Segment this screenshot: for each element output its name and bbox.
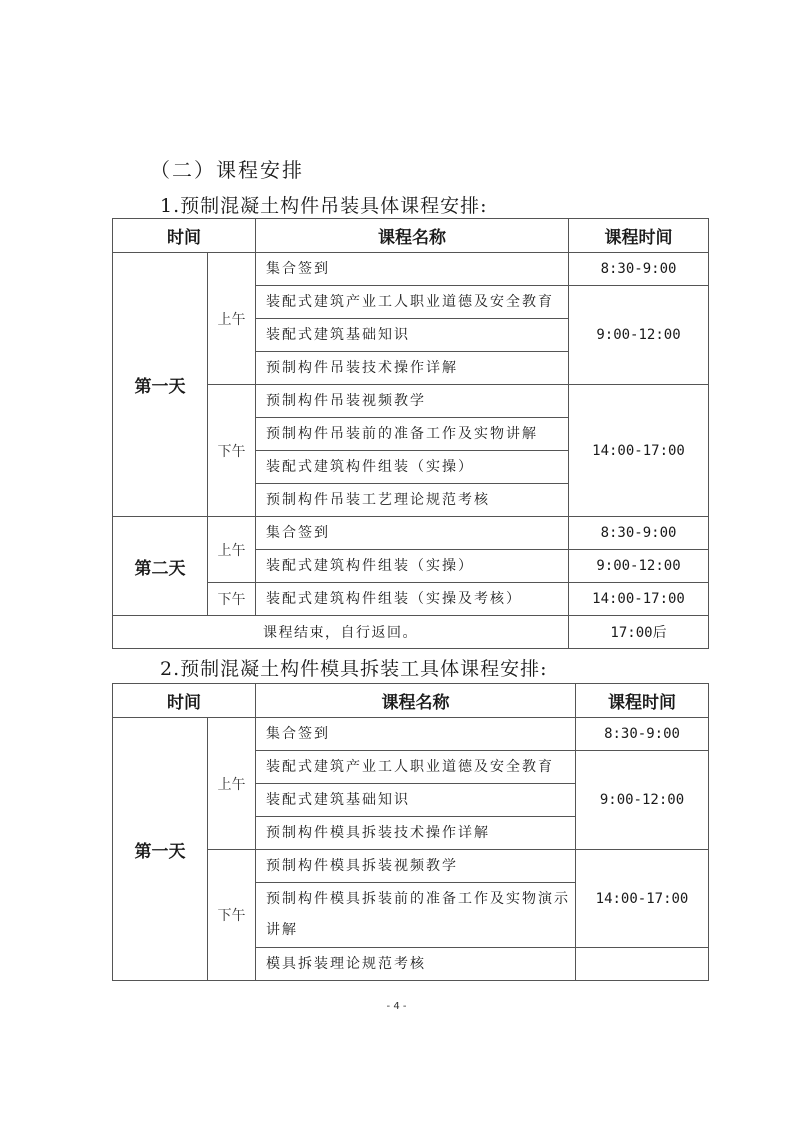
period-label: 上午 [208,253,256,385]
table-row: 第二天 上午 集合签到 8:30-9:00 [113,517,709,550]
period-label: 上午 [208,517,256,583]
end-time-cell: 17:00后 [569,616,709,649]
time-cell: 8:30-9:00 [569,517,709,550]
time-cell: 14:00-17:00 [569,583,709,616]
end-course-cell: 课程结束，自行返回。 [113,616,569,649]
header-course: 课程名称 [256,684,576,718]
period-label: 上午 [208,718,256,850]
time-cell: 9:00-12:00 [569,286,709,385]
period-label: 下午 [208,583,256,616]
course-cell: 装配式建筑构件组装（实操） [256,550,569,583]
header-time: 时间 [113,684,256,718]
course-cell: 装配式建筑构件组装（实操） [256,451,569,484]
course-cell: 装配式建筑构件组装（实操及考核） [256,583,569,616]
period-label: 下午 [208,385,256,517]
course-cell: 装配式建筑基础知识 [256,319,569,352]
course-cell: 集合签到 [256,517,569,550]
table-header-row: 时间 课程名称 课程时间 [113,219,709,253]
course-cell: 装配式建筑基础知识 [256,784,576,817]
table-row-end: 课程结束，自行返回。 17:00后 [113,616,709,649]
table-header-row: 时间 课程名称 课程时间 [113,684,709,718]
table2-title: 2.预制混凝土构件模具拆装工具体课程安排: [160,654,548,681]
course-cell: 预制构件吊装工艺理论规范考核 [256,484,569,517]
time-cell: 9:00-12:00 [569,550,709,583]
time-cell-empty [576,948,709,981]
course-cell: 预制构件吊装视频教学 [256,385,569,418]
table1-title: 1.预制混凝土构件吊装具体课程安排: [160,191,488,218]
course-cell: 集合签到 [256,253,569,286]
table-row: 第一天 上午 集合签到 8:30-9:00 [113,718,709,751]
course-cell: 装配式建筑产业工人职业道德及安全教育 [256,751,576,784]
page-number: - 4 - [0,1001,793,1012]
table-row: 第一天 上午 集合签到 8:30-9:00 [113,253,709,286]
time-cell: 8:30-9:00 [569,253,709,286]
header-time: 时间 [113,219,256,253]
course-cell: 预制构件吊装前的准备工作及实物讲解 [256,418,569,451]
day-label: 第一天 [113,253,208,517]
course-cell: 装配式建筑产业工人职业道德及安全教育 [256,286,569,319]
course-cell: 预制构件吊装技术操作详解 [256,352,569,385]
header-course-time: 课程时间 [576,684,709,718]
course-cell: 模具拆装理论规范考核 [256,948,576,981]
table1-course-schedule: 时间 课程名称 课程时间 第一天 上午 集合签到 8:30-9:00 装配式建筑… [112,218,709,649]
time-cell: 9:00-12:00 [576,751,709,850]
time-cell: 14:00-17:00 [569,385,709,517]
course-cell: 集合签到 [256,718,576,751]
table2-course-schedule: 时间 课程名称 课程时间 第一天 上午 集合签到 8:30-9:00 装配式建筑… [112,683,709,981]
day-label: 第一天 [113,718,208,981]
course-cell: 预制构件模具拆装前的准备工作及实物演示讲解 [256,883,576,948]
header-course: 课程名称 [256,219,569,253]
time-cell: 14:00-17:00 [576,850,709,948]
section-title: （二）课程安排 [150,154,304,183]
time-cell: 8:30-9:00 [576,718,709,751]
day-label: 第二天 [113,517,208,616]
header-course-time: 课程时间 [569,219,709,253]
course-cell: 预制构件模具拆装视频教学 [256,850,576,883]
course-cell: 预制构件模具拆装技术操作详解 [256,817,576,850]
period-label: 下午 [208,850,256,981]
